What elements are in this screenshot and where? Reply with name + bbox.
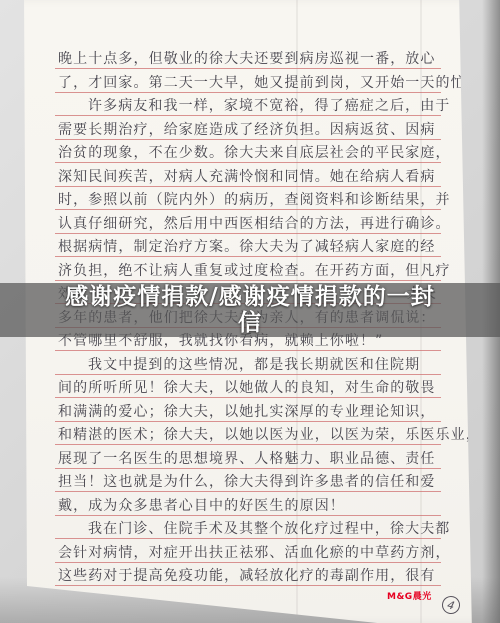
letter-line: 我在门诊、住院手术及其整个放化疗过程中，徐大夫都: [55, 516, 441, 540]
letter-line: 这些药对于提高免疫功能，减轻放化疗的毒副作用，很有: [55, 563, 441, 587]
letter-line: 了，才回家。第二天一大早，她又提前到岗，又开始一天的忙碌……: [55, 69, 441, 93]
letter-line-text: 根据病情，制定治疗方案。徐大夫为了减轻病人家庭的经: [55, 240, 436, 256]
letter-line: 展现了一名医生的思想境界、人格魅力、职业品德、责任: [55, 445, 441, 469]
letter-line: 认真仔细研究，然后用中西医相结合的方法，再进行确诊。: [55, 210, 441, 234]
letter-line-text: 这些药对于提高免疫功能，减轻放化疗的毒副作用，很有: [55, 569, 436, 585]
letter-line-text: 和满满的爱心；徐大夫，以她扎实深厚的专业理论知识，: [55, 405, 436, 421]
letter-line: 济负担，绝不让病人重复或过度检查。在开药方面，但凡疗: [55, 257, 441, 281]
letter-line: 治贫的现象，不在少数。徐大夫来自底层社会的平民家庭，: [55, 140, 441, 164]
letter-photo: 晚上十点多，但敬业的徐大夫还要到病房巡视一番，放心了，才回家。第二天一大早，她又…: [0, 0, 500, 623]
page-number: 4: [446, 598, 456, 612]
letter-line: 时，参照以前（院内外）的病历，查阅资料和诊断结果，并: [55, 187, 441, 211]
letter-line-text: 我文中提到的这些情况，都是我长期就医和住院期: [55, 358, 420, 374]
letter-line-text: 晚上十点多，但敬业的徐大夫还要到病房巡视一番，放心: [55, 52, 436, 68]
letter-line: 深知民间疾苦，对病人充满怜悯和同情。她在给病人看病: [55, 163, 441, 187]
letter-line: 和精湛的医术；徐大夫，以她以医为业，以医为荣，乐医乐业，: [55, 422, 441, 446]
letter-line-text: 间的所听所见！徐大夫，以她做人的良知，对生命的敬畏: [55, 381, 436, 397]
letter-line: 晚上十点多，但敬业的徐大夫还要到病房巡视一番，放心: [55, 46, 441, 70]
letter-line-text: 我在门诊、住院手术及其整个放化疗过程中，徐大夫都: [55, 522, 450, 538]
page-number-badge: 4: [440, 594, 462, 616]
letter-line-text: 需要长期治疗，给家庭造成了经济负担。因病返贫、因病: [55, 123, 436, 139]
letter-line-text: 时，参照以前（院内外）的病历，查阅资料和诊断结果，并: [55, 193, 451, 209]
letter-line: 许多病友和我一样，家境不宽裕，得了癌症之后，由于: [55, 93, 441, 117]
letter-line: 戴，成为众多患者心目中的好医生的原因！: [55, 492, 441, 516]
letter-line: 担当！这也就是为什么，徐大夫得到许多患者的信任和爱: [55, 469, 441, 493]
letter-line: 需要长期治疗，给家庭造成了经济负担。因病返贫、因病: [55, 116, 441, 140]
letter-line-text: 深知民间疾苦，对病人充满怜悯和同情。她在给病人看病: [55, 170, 436, 186]
overlay-title-line2: 信: [238, 310, 262, 336]
overlay-title-line1: 感谢疫情捐款/感谢疫情捐款的一封: [65, 284, 434, 310]
letter-line-text: 许多病友和我一样，家境不宽裕，得了癌症之后，由于: [55, 99, 450, 115]
letter-line: 间的所听所见！徐大夫，以她做人的良知，对生命的敬畏: [55, 375, 441, 399]
letter-line-text: 了，才回家。第二天一大早，她又提前到岗，又开始一天的忙碌……: [55, 76, 500, 92]
letter-line: 会针对病情，对症开出扶正祛邪、活血化瘀的中草药方剂，: [55, 539, 441, 563]
letter-line-text: 担当！这也就是为什么，徐大夫得到许多患者的信任和爱: [55, 475, 436, 491]
letter-line-text: 会针对病情，对症开出扶正祛邪、活血化瘀的中草药方剂，: [55, 546, 451, 562]
title-overlay: 感谢疫情捐款/感谢疫情捐款的一封 信: [0, 283, 500, 337]
letter-line-text: 和精湛的医术；徐大夫，以她以医为业，以医为荣，乐医乐业，: [55, 428, 481, 444]
stationery-brand-logo: M&G晨光: [387, 589, 432, 602]
letter-line-text: 治贫的现象，不在少数。徐大夫来自底层社会的平民家庭，: [55, 146, 451, 162]
letter-line-text: 济负担，绝不让病人重复或过度检查。在开药方面，但凡疗: [55, 264, 451, 280]
letter-line-text: 认真仔细研究，然后用中西医相结合的方法，再进行确诊。: [55, 217, 451, 233]
letter-line: 和满满的爱心；徐大夫，以她扎实深厚的专业理论知识，: [55, 398, 441, 422]
letter-line-text: 戴，成为众多患者心目中的好医生的原因！: [55, 499, 345, 515]
letter-line: 我文中提到的这些情况，都是我长期就医和住院期: [55, 351, 441, 375]
letter-line-text: 展现了一名医生的思想境界、人格魅力、职业品德、责任: [55, 452, 436, 468]
letter-line: 根据病情，制定治疗方案。徐大夫为了减轻病人家庭的经: [55, 234, 441, 258]
